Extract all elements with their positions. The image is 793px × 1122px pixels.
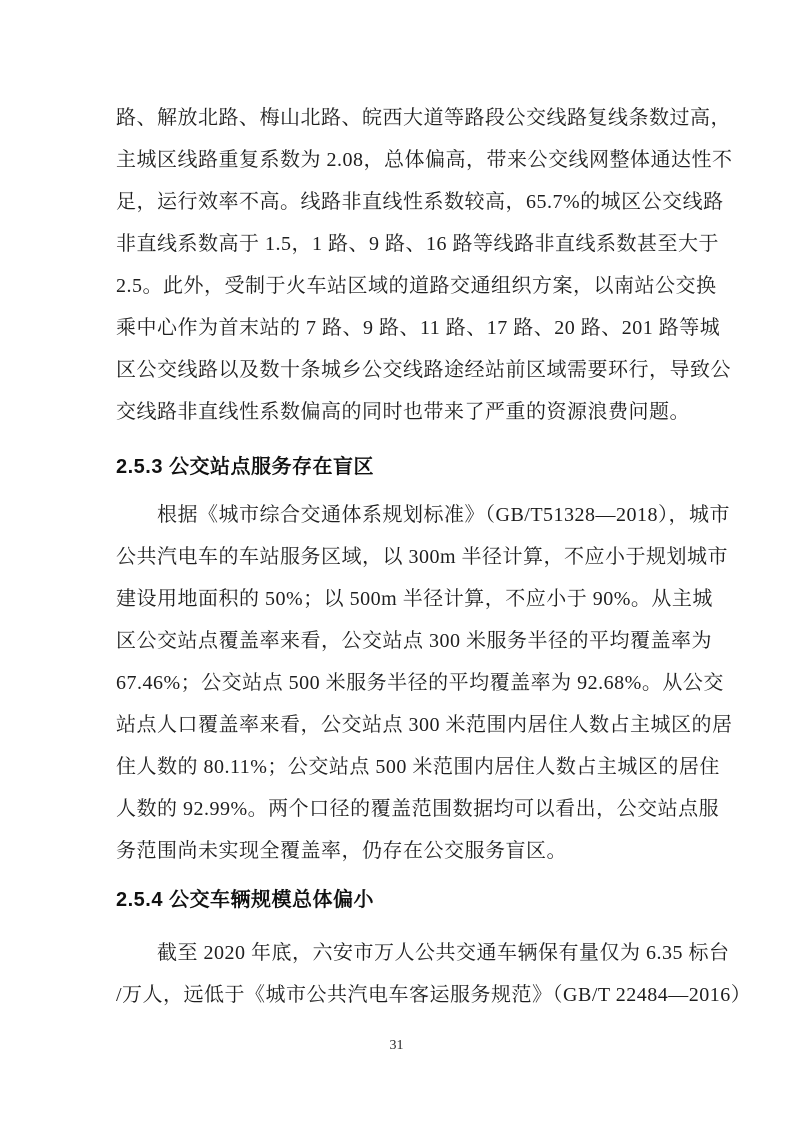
paragraph: 根据《城市综合交通体系规划标准》（GB/T51328—2018），城市 公共汽电… [116,494,700,872]
text-line: 人数的 92.99%。两个口径的覆盖范围数据均可以看出，公交站点服 [116,788,700,830]
text-line: 路、解放北路、梅山北路、皖西大道等路段公交线路复线条数过高， [116,97,700,139]
text-line: 截至 2020 年底，六安市万人公共交通车辆保有量仅为 6.35 标台 [116,932,700,974]
paragraph-continuation: 路、解放北路、梅山北路、皖西大道等路段公交线路复线条数过高， 主城区线路重复系数… [116,97,700,433]
page-number: 31 [0,1032,793,1060]
text-line: 区公交线路以及数十条城乡公交线路途经站前区域需要环行，导致公 [116,349,700,391]
text-line: 主城区线路重复系数为 2.08，总体偏高，带来公交线网整体通达性不 [116,139,700,181]
page-body: 路、解放北路、梅山北路、皖西大道等路段公交线路复线条数过高， 主城区线路重复系数… [116,97,700,1016]
document-page: 路、解放北路、梅山北路、皖西大道等路段公交线路复线条数过高， 主城区线路重复系数… [0,0,793,1122]
text-line: 67.46%；公交站点 500 米服务半径的平均覆盖率为 92.68%。从公交 [116,662,700,704]
text-line: 2.5。此外，受制于火车站区域的道路交通组织方案，以南站公交换 [116,265,700,307]
text-line: /万人，远低于《城市公共汽电车客运服务规范》（GB/T 22484—2016） [116,974,700,1016]
text-line: 根据《城市综合交通体系规划标准》（GB/T51328—2018），城市 [116,494,700,536]
text-line: 公共汽电车的车站服务区域，以 300m 半径计算，不应小于规划城市 [116,536,700,578]
text-line: 务范围尚未实现全覆盖率，仍存在公交服务盲区。 [116,830,700,872]
text-line: 非直线系数高于 1.5，1 路、9 路、16 路等线路非直线系数甚至大于 [116,223,700,265]
text-line: 交线路非直线性系数偏高的同时也带来了严重的资源浪费问题。 [116,391,700,433]
section-heading-2-5-3: 2.5.3 公交站点服务存在盲区 [116,446,700,488]
text-line: 区公交站点覆盖率来看，公交站点 300 米服务半径的平均覆盖率为 [116,620,700,662]
paragraph: 截至 2020 年底，六安市万人公共交通车辆保有量仅为 6.35 标台 /万人，… [116,932,700,1016]
text-line: 站点人口覆盖率来看，公交站点 300 米范围内居住人数占主城区的居 [116,704,700,746]
text-line: 建设用地面积的 50%；以 500m 半径计算，不应小于 90%。从主城 [116,578,700,620]
section-heading-2-5-4: 2.5.4 公交车辆规模总体偏小 [116,879,700,921]
text-line: 住人数的 80.11%；公交站点 500 米范围内居住人数占主城区的居住 [116,746,700,788]
text-line: 足，运行效率不高。线路非直线性系数较高，65.7%的城区公交线路 [116,181,700,223]
text-line: 乘中心作为首末站的 7 路、9 路、11 路、17 路、20 路、201 路等城 [116,307,700,349]
